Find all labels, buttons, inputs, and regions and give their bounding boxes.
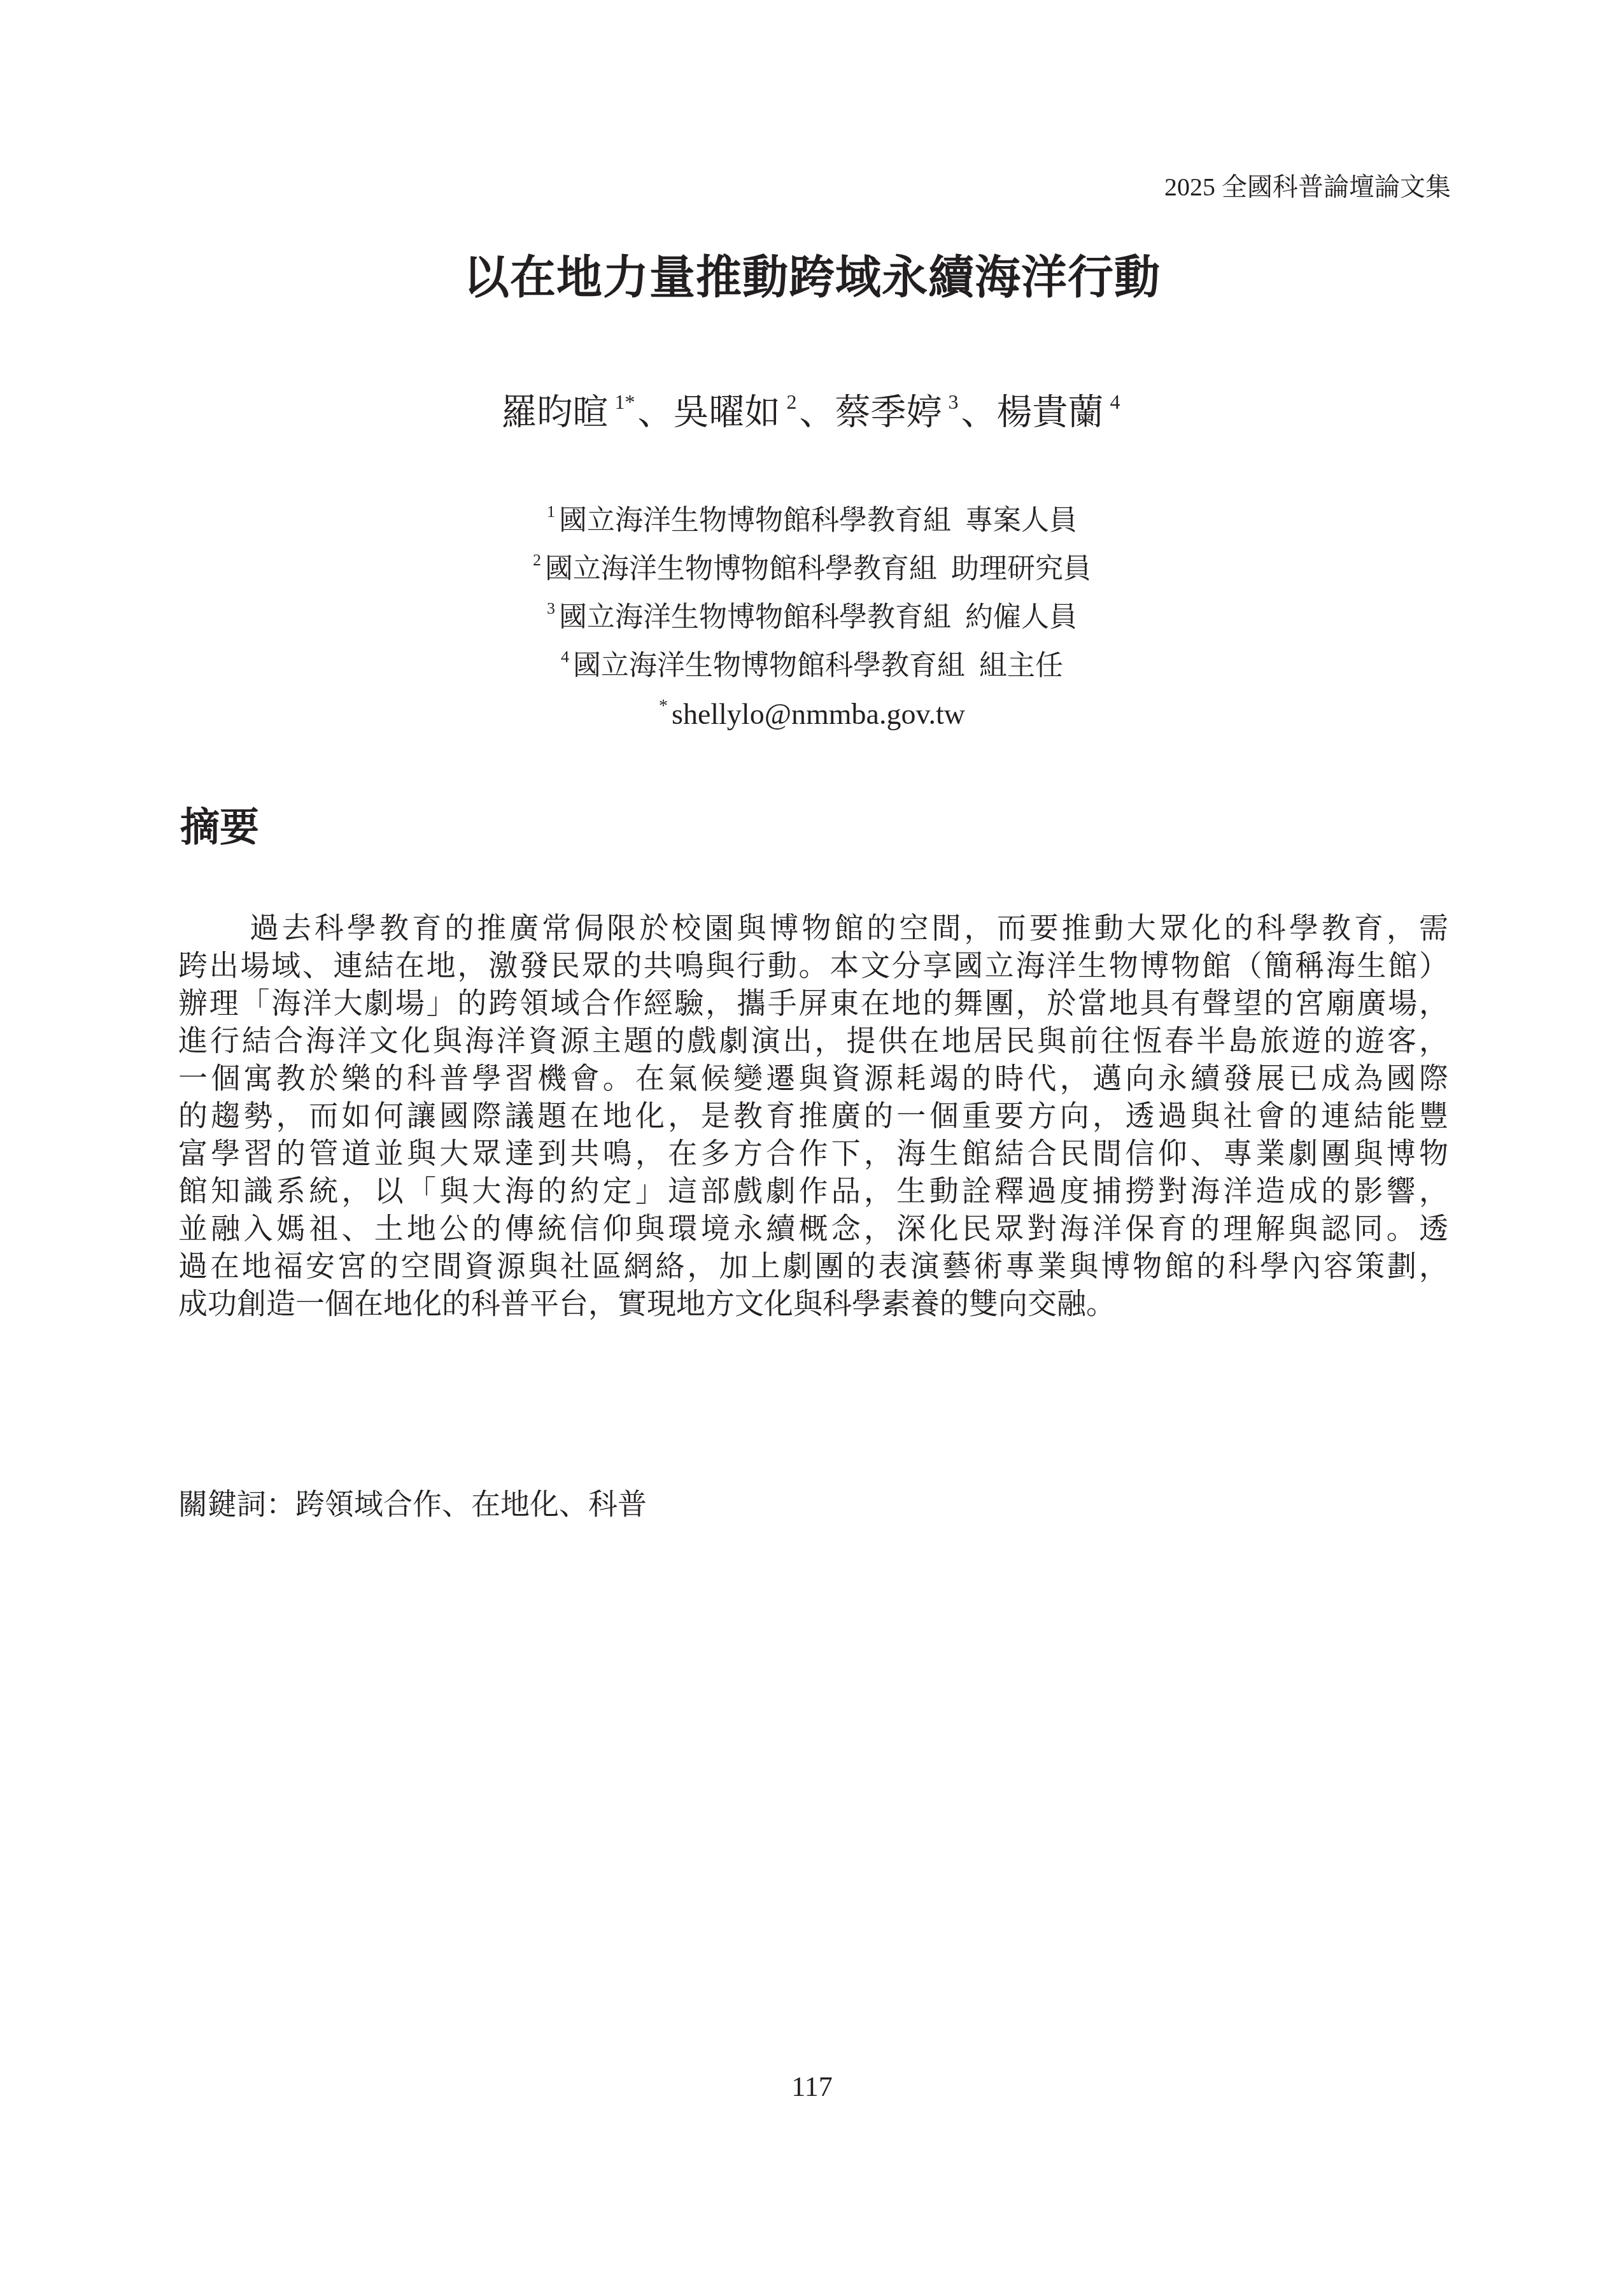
author-name: 吳曜如 [674,392,780,433]
affiliation-org: 國立海洋生物博物館科學教育組 [545,553,937,585]
abstract-line: 跨出場域、連結在地，激發民眾的共鳴與行動。本文分享國立海洋生物博物館（簡稱海生館… [178,947,1448,984]
affiliation-item: 4國立海洋生物博物館科學教育組組主任 [0,642,1624,690]
abstract-line: 並融入媽祖、土地公的傳統信仰與環境永續概念，深化民眾對海洋保育的理解與認同。透 [178,1210,1448,1247]
author-affiliation-mark: 4 [1110,390,1120,413]
author-separator: 、 [800,392,835,433]
author-affiliation-mark: 1* [615,390,635,413]
keywords-text: 跨領域合作、在地化、科普 [295,1487,647,1521]
affiliation-mark: 3 [547,599,555,618]
affiliation-role: 約僱人員 [965,601,1077,633]
paper-title: 以在地力量推動跨域永續海洋行動 [0,250,1624,304]
affiliation-mark: 4 [561,647,569,666]
corresponding-mark: * [659,696,668,716]
page-number: 117 [0,2070,1624,2104]
keywords: 關鍵詞：跨領域合作、在地化、科普 [178,1485,647,1523]
abstract-heading: 摘要 [180,803,259,852]
abstract-line: 富學習的管道並與大眾達到共鳴，在多方合作下，海生館結合民間信仰、專業劇團與博物 [178,1135,1448,1172]
author-list: 羅昀暄1*、吳曜如2、蔡季婷3、楊貴蘭4 [0,390,1624,435]
abstract-line: 辦理「海洋大劇場」的跨領域合作經驗，攜手屏東在地的舞團，於當地具有聲望的宮廟廣場… [178,984,1448,1022]
abstract-line: 的趨勢，而如何讓國際議題在地化，是教育推廣的一個重要方向，透過與社會的連結能豐 [178,1097,1448,1135]
affiliation-list: 1國立海洋生物博物館科學教育組專案人員 2國立海洋生物博物館科學教育組助理研究員… [0,497,1624,739]
keywords-label: 關鍵詞： [178,1487,295,1521]
affiliation-role: 專案人員 [965,504,1077,537]
affiliation-mark: 2 [533,551,541,569]
author-affiliation-mark: 3 [949,390,959,413]
author-separator: 、 [961,392,997,433]
abstract-line: 一個寓教於樂的科普學習機會。在氣候變遷與資源耗竭的時代，邁向永續發展已成為國際 [178,1059,1448,1097]
author-affiliation-mark: 2 [787,390,797,413]
affiliation-role: 組主任 [979,649,1063,682]
affiliation-org: 國立海洋生物博物館科學教育組 [559,601,951,633]
affiliation-item: 1國立海洋生物博物館科學教育組專案人員 [0,497,1624,545]
author-name: 蔡季婷 [835,392,942,433]
affiliation-role: 助理研究員 [951,553,1091,585]
affiliation-item: 2國立海洋生物博物館科學教育組助理研究員 [0,545,1624,593]
abstract-line: 過在地福安宮的空間資源與社區網絡，加上劇團的表演藝術專業與博物館的科學內容策劃， [178,1247,1448,1285]
abstract-line: 過去科學教育的推廣常侷限於校園與博物館的空間，而要推動大眾化的科學教育，需 [178,909,1448,947]
affiliation-mark: 1 [547,502,555,521]
corresponding-email[interactable]: shellylo@nmmba.gov.tw [672,698,965,730]
abstract-line: 館知識系統，以「與大海的約定」這部戲劇作品，生動詮釋過度捕撈對海洋造成的影響， [178,1172,1448,1210]
author-name: 楊貴蘭 [997,392,1104,433]
running-header: 2025 全國科普論壇論文集 [1164,171,1451,204]
abstract-line: 進行結合海洋文化與海洋資源主題的戲劇演出，提供在地居民與前往恆春半島旅遊的遊客， [178,1022,1448,1059]
affiliation-org: 國立海洋生物博物館科學教育組 [559,504,951,537]
author-name: 羅昀暄 [502,392,609,433]
affiliation-item: 3國立海洋生物博物館科學教育組約僱人員 [0,593,1624,642]
corresponding-author: *shellylo@nmmba.gov.tw [0,690,1624,739]
abstract-line: 成功創造一個在地化的科普平台，實現地方文化與科學素養的雙向交融。 [178,1285,1448,1322]
affiliation-org: 國立海洋生物博物館科學教育組 [573,649,965,682]
author-separator: 、 [638,392,674,433]
abstract-body: 過去科學教育的推廣常侷限於校園與博物館的空間，而要推動大眾化的科學教育，需 跨出… [178,909,1448,1322]
